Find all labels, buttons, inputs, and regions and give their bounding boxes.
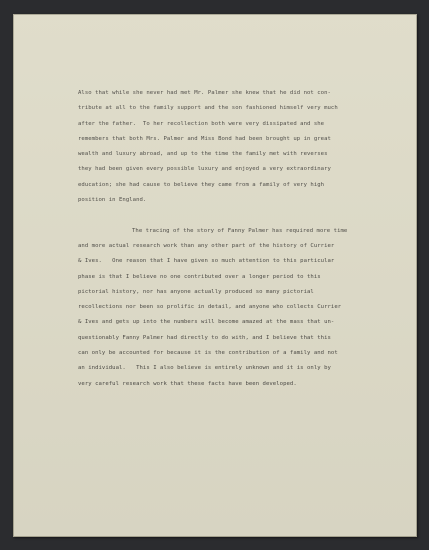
paragraph-gap (78, 208, 408, 223)
text-line: & Ives. One reason that I have given so … (78, 254, 408, 269)
text-line: recollections nor been so prolific in de… (78, 300, 408, 315)
typewritten-text: Also that while she never had met Mr. Pa… (78, 86, 408, 392)
text-line: very careful research work that these fa… (78, 377, 408, 392)
text-line: an individual. This I also believe is en… (78, 361, 408, 376)
text-line: can only be accounted for because it is … (78, 346, 408, 361)
document-page: Also that while she never had met Mr. Pa… (13, 14, 417, 537)
paragraph-2: The tracing of the story of Fanny Palmer… (78, 224, 408, 392)
text-line: position in England. (78, 193, 408, 208)
text-line: and more actual research work than any o… (78, 239, 408, 254)
text-line: & Ives and gets up into the numbers will… (78, 315, 408, 330)
text-line: wealth and luxury abroad, and up to the … (78, 147, 408, 162)
text-line: remembers that both Mrs. Palmer and Miss… (78, 132, 408, 147)
text-line: The tracing of the story of Fanny Palmer… (78, 224, 408, 239)
text-line: tribute at all to the family support and… (78, 101, 408, 116)
text-line: pictorial history, nor has anyone actual… (78, 285, 408, 300)
paragraph-1: Also that while she never had met Mr. Pa… (78, 86, 408, 208)
text-line: after the father. To her recollection bo… (78, 117, 408, 132)
text-line: education; she had cause to believe they… (78, 178, 408, 193)
text-line: they had been given every possible luxur… (78, 162, 408, 177)
text-line: questionably Fanny Palmer had directly t… (78, 331, 408, 346)
text-line: Also that while she never had met Mr. Pa… (78, 86, 408, 101)
text-line: phase is that I believe no one contribut… (78, 270, 408, 285)
